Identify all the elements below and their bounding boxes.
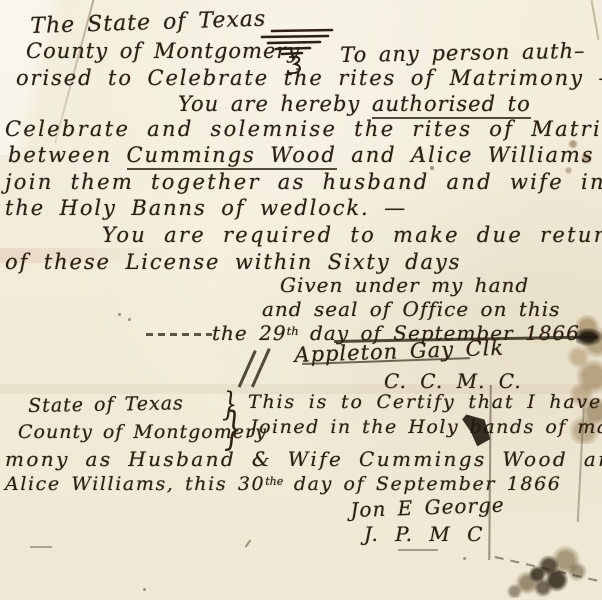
license-line: the Holy Banns of wedlock. — <box>5 196 407 220</box>
pen-dash-mark <box>398 549 438 551</box>
ordinal-suffix: the <box>265 475 283 488</box>
page-edge-mark <box>591 0 600 40</box>
pen-dash-mark <box>30 546 52 548</box>
license-line: Celebrate and solemnise the rites of Mat… <box>5 117 602 141</box>
license-line-text: You are hereby <box>178 92 372 116</box>
attestation-line: Given under my hand <box>280 273 529 297</box>
date-text: Alice Williams, this 30 <box>5 473 265 495</box>
underlined-text: authorised to <box>372 92 531 119</box>
license-line: of these License within Sixty days <box>5 250 461 274</box>
license-line-text: between <box>8 143 127 167</box>
clerk-title: C. C. M. C. <box>384 369 522 393</box>
pen-dash-mark <box>146 333 212 336</box>
state-heading: State of Texas <box>28 392 184 417</box>
date-text: the 29 <box>212 321 287 345</box>
speck <box>128 318 131 321</box>
date-text: day of September 1866 <box>283 473 561 495</box>
groom-name: Cummings Wood <box>127 143 337 170</box>
license-line: between Cummings Wood and Alice Williams… <box>8 143 602 167</box>
stain <box>486 543 600 600</box>
officiant-title: J. P. M C <box>364 522 483 546</box>
speck <box>245 539 252 548</box>
certificate-line: mony as Husband & Wife Cummings Wood and <box>5 447 602 471</box>
speck <box>118 313 121 316</box>
scanned-document-page: The State of Texas County of Montgomery … <box>0 0 602 600</box>
certificate-line: Joined in the Holy bands of matri <box>250 416 602 438</box>
bride-name-text: and Alice Williams and <box>337 143 602 167</box>
license-line: To any person auth– <box>340 39 586 67</box>
license-line: You are hereby authorised to <box>178 92 531 116</box>
license-line: orised to Celebrate the rites of Matrimo… <box>16 66 602 90</box>
officiant-signature: Jon E George <box>350 493 505 522</box>
ordinal-suffix: th <box>287 324 299 338</box>
speck <box>463 557 466 560</box>
attestation-line: and seal of Office on this <box>262 297 560 321</box>
speck <box>143 588 146 591</box>
license-line: join them together as husband and wife i… <box>5 170 602 194</box>
license-line: You are required to make due return <box>102 223 602 247</box>
certificate-line: This is to Certify that I have <box>248 391 602 413</box>
certificate-date-line: Alice Williams, this 30the day of Septem… <box>5 473 561 495</box>
